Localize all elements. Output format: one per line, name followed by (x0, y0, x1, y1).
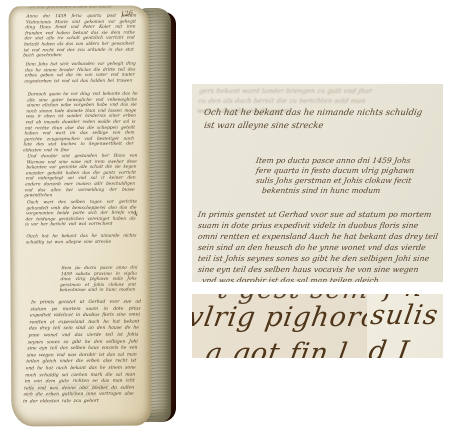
detail-fragment-right: f h sulis / d J (367, 294, 443, 358)
manuscript-paragraph: Und dorobir sint gestanden her Hans von … (24, 154, 138, 200)
manuscript-paragraph: Dornoch quam he vor ding vnd bekante das… (23, 92, 138, 154)
manuscript-photo-page: am end geschreben in dem stat buche 126 … (0, 0, 450, 434)
manuscript-paragraph-indented: Item po ducta pasce anno dni 1459 sabato… (59, 266, 137, 295)
handwriting-line: ist wan alleyne sine strecke (203, 121, 324, 131)
handwriting-line: suam in dote prius expedivit videlz in d… (197, 221, 419, 230)
manuscript-paragraph: Item Johs hat sich vorbunden vor gehegit… (24, 62, 136, 85)
detail-crop-bottom: t gest sem l vlrig pighoron a got fin l … (192, 294, 443, 358)
handwriting-word-large: sulis / (369, 300, 443, 331)
detail-fragment-left: t gest sem l vlrig pighoron a got fin l (192, 294, 367, 358)
handwriting-line: vnd was dorobir ist das sal man teilen g… (201, 276, 379, 282)
handwriting-line: Item po ducta pasce anno dni 1459 Johs (255, 156, 411, 165)
detail-crop-top: gers bekant ward lander brengen zu gutt … (192, 84, 443, 282)
manuscript-paragraph: Ouch hat he bekant das he nimande nichts… (26, 234, 137, 246)
handwriting-line: In primis genstet ut Gerhad vxor sue ad … (197, 210, 432, 219)
handwriting-line: Och hat he bekant das he nimande nichts … (203, 108, 423, 118)
handwriting-line: fere quarta in festo ducum vlrig pighawn (255, 166, 415, 175)
book-photo: am end geschreben in dem stat buche 126 … (8, 2, 176, 432)
handwriting-line: sine eyn teil des selben haus vocavis he… (197, 265, 419, 274)
manuscript-page: am end geschreben in dem stat buche 126 … (9, 6, 152, 427)
handwriting-line: omni rentten et expensland Auch he hat b… (197, 232, 438, 241)
handwriting-line: sulis Johs gerstman et Johis clokaw feci… (255, 176, 412, 185)
manuscript-paragraph: Anno dni 1459 feria quarta post festum V… (23, 14, 137, 60)
cut-strokes-below: d J (367, 336, 411, 358)
handwriting-word-large: vlrig pighoron (192, 302, 367, 333)
margin-x-mark: x (133, 209, 138, 217)
show-through-text: wes man dorobir bekennet das sal man hal… (27, 382, 136, 399)
cut-top-line: am end geschreben in dem stat buche (28, 6, 128, 11)
cut-strokes-below: a got fin l (204, 338, 351, 358)
manuscript-paragraph: Ouch wart des selben tages vor gerichte … (25, 200, 137, 229)
handwriting-line: bekentnis sind in hunc modum (261, 186, 381, 195)
handwriting-line: teil ist Johis seynes sones so gibt he d… (197, 254, 429, 263)
handwriting-line: sein sind an den heusch do he ynne wonet… (197, 243, 426, 252)
